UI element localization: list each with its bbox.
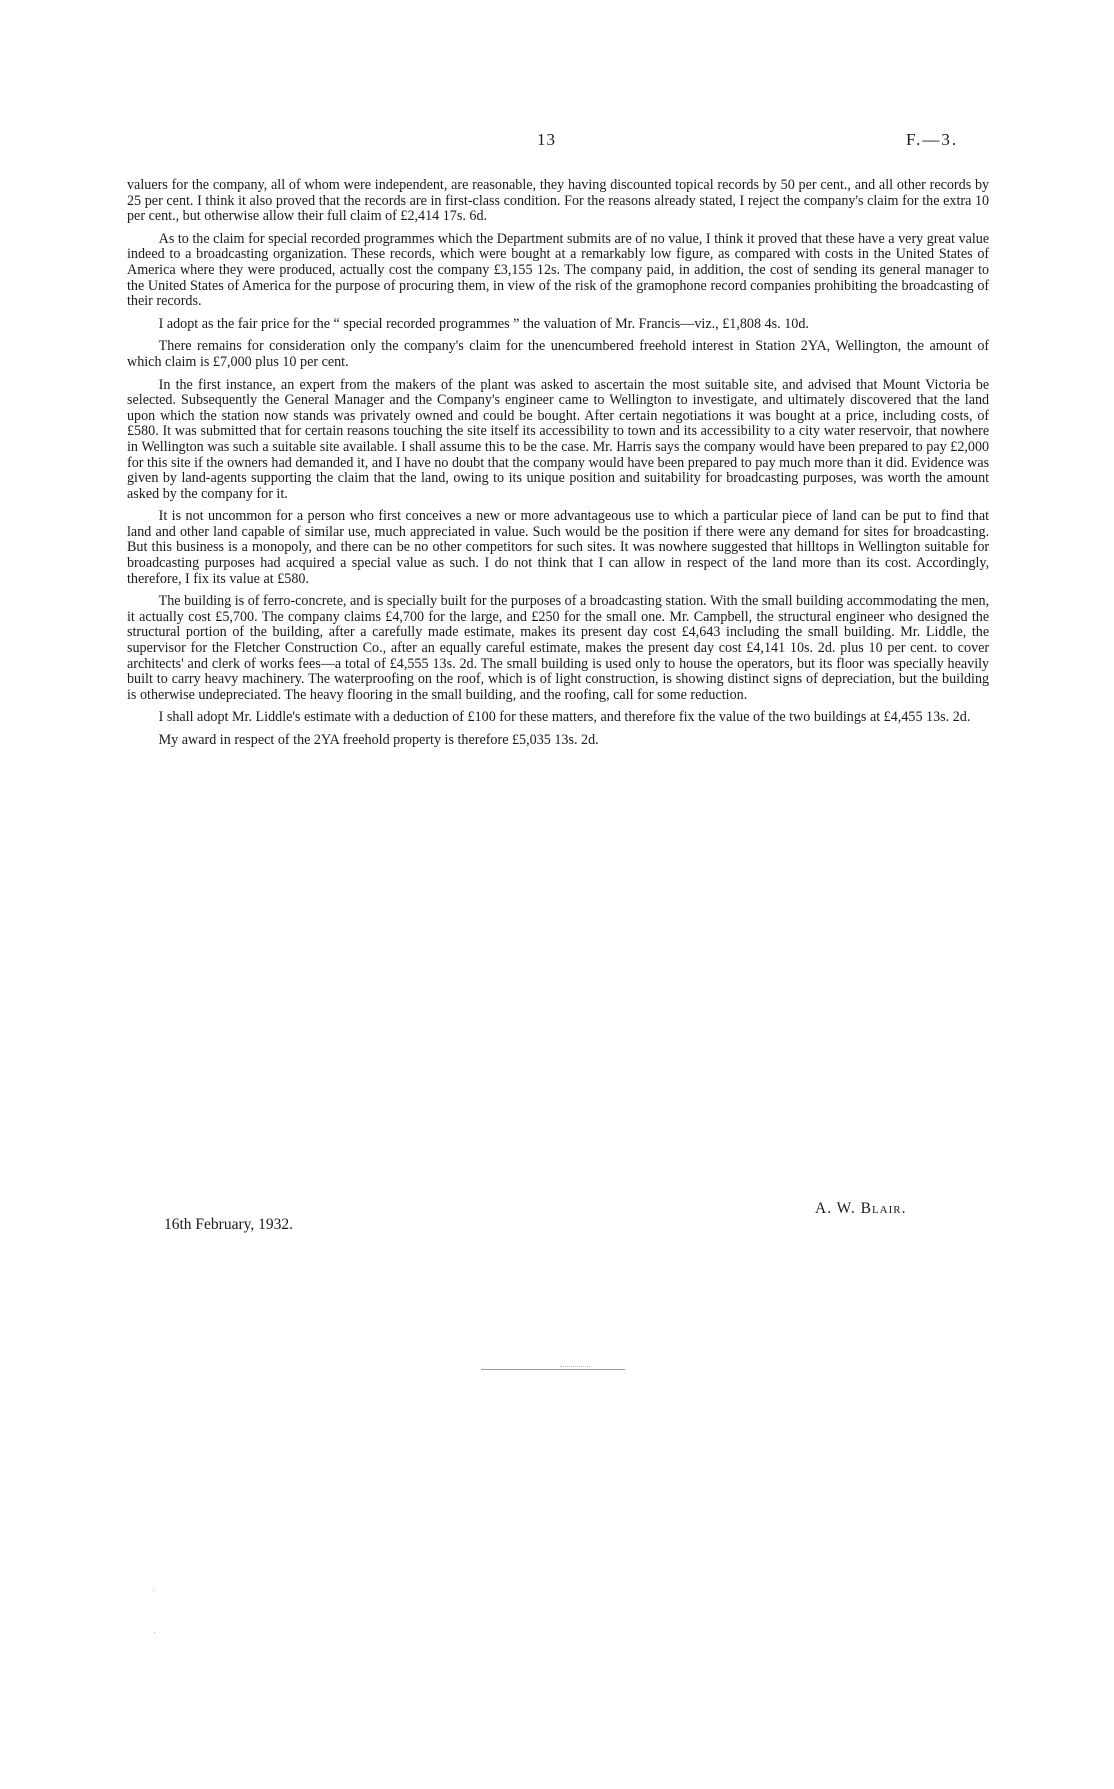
page-number: 13 <box>537 130 556 150</box>
document-body: valuers for the company, all of whom wer… <box>127 177 989 755</box>
paragraph-building-cost: The building is of ferro-concrete, and i… <box>127 593 989 702</box>
paragraph-freehold-claim: There remains for consideration only the… <box>127 338 989 369</box>
paragraph-site-selection: In the first instance, an expert from th… <box>127 377 989 502</box>
paragraph-continuation: valuers for the company, all of whom wer… <box>127 177 989 224</box>
document-date: 16th February, 1932. <box>164 1216 293 1234</box>
paragraph-liddle-estimate: I shall adopt Mr. Liddle's estimate with… <box>127 709 989 725</box>
paragraph-land-value: It is not uncommon for a person who firs… <box>127 508 989 586</box>
paragraph-special-recorded-programmes: As to the claim for special recorded pro… <box>127 231 989 309</box>
scan-speck <box>153 1590 154 1591</box>
signature-initials: A. W. <box>815 1200 861 1217</box>
paragraph-francis-valuation: I adopt as the fair price for the “ spec… <box>127 316 989 332</box>
document-reference: F.—3. <box>906 130 958 150</box>
scan-speck <box>154 1632 155 1633</box>
end-rule-ornament <box>560 1366 590 1367</box>
signature: A. W. Blair. <box>815 1200 907 1218</box>
end-rule-divider <box>481 1369 625 1370</box>
paragraph-award: My award in respect of the 2YA freehold … <box>127 732 989 748</box>
signature-surname: Blair. <box>861 1200 907 1217</box>
